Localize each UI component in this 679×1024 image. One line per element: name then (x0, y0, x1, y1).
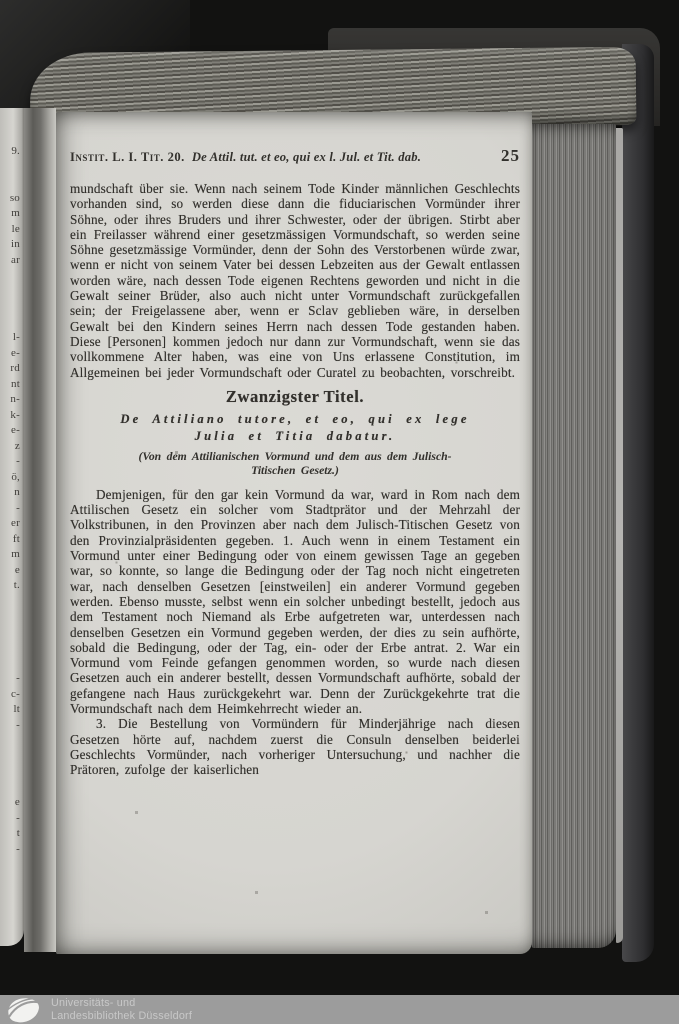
facing-page-edge: 9. so m le in ar l- e- rd nt n- k- e- z … (0, 108, 24, 946)
header-citation-label: Instit. L. I. Tit. 20. (70, 150, 185, 165)
ulb-duesseldorf-logo-icon (3, 996, 43, 1024)
running-header: Instit. L. I. Tit. 20. De Attil. tut. et… (70, 146, 520, 166)
facing-page-text-fragments: 9. so m le in ar l- e- rd nt n- k- e- z … (0, 144, 20, 857)
section-german-subtitle-line2: Titischen Gesetz.) (70, 464, 520, 479)
section-latin-title-line2: Julia et Titia dabatur. (70, 428, 520, 445)
header-latin-title: De Attil. tut. et eo, qui ex l. Jul. et … (192, 150, 494, 165)
paragraph-main: Demjenigen, für den gar kein Vormund da … (70, 487, 520, 716)
paragraph-continuation: mundschaft über sie. Wenn nach seinem To… (70, 181, 520, 380)
paragraph-numbered-3: 3. Die Bestellung von Vormündern für Min… (70, 716, 520, 777)
section-title: Zwanzigster Titel. (70, 387, 520, 407)
library-name: Universitäts- und Landesbibliothek Düsse… (51, 997, 192, 1022)
section-latin-title: De Attiliano tutore, et eo, qui ex lege … (70, 411, 520, 445)
book-fore-edge-rim (616, 128, 623, 943)
book-scan-viewport: 9. so m le in ar l- e- rd nt n- k- e- z … (0, 0, 679, 1024)
paper-specks (56, 112, 57, 113)
library-name-line1: Universitäts- und (51, 997, 192, 1010)
book-fore-edge-pages (532, 124, 616, 948)
section-latin-title-line1: De Attiliano tutore, et eo, qui ex lege (70, 411, 520, 428)
page-number: 25 (501, 146, 520, 166)
library-name-line2: Landesbibliothek Düsseldorf (51, 1010, 192, 1023)
scanned-page: Instit. L. I. Tit. 20. De Attil. tut. et… (56, 112, 532, 954)
section-german-subtitle-line1: (Von dem Attilianischen Vormund und dem … (70, 450, 520, 465)
book-cover-right-edge (622, 44, 654, 962)
library-banner: Universitäts- und Landesbibliothek Düsse… (0, 995, 679, 1024)
book-gutter-shadow (24, 108, 56, 952)
section-german-subtitle: (Von dem Attilianischen Vormund und dem … (70, 450, 520, 479)
